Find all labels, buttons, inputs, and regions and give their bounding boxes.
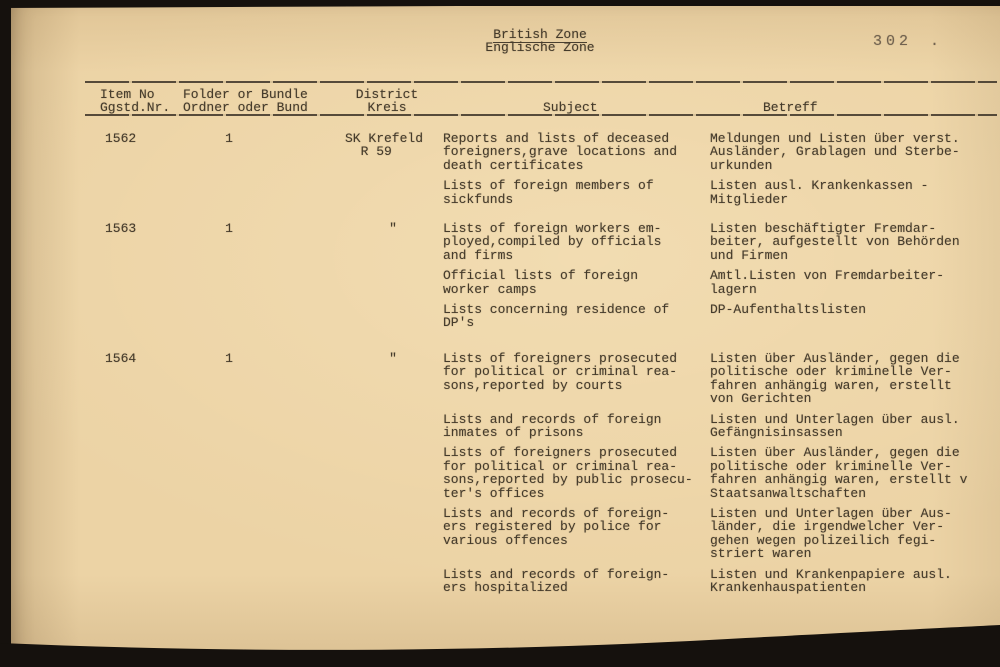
item-number: 1562 [105,132,136,145]
horizontal-rule-header [85,114,997,116]
horizontal-rule-top [85,81,997,83]
entry: Lists of foreign workers em- ployed,comp… [443,222,1000,262]
entry: Lists of foreigners prosecuted for polit… [443,446,1000,500]
table-row: 1563 1 " Lists of foreign workers em- pl… [10,222,1000,337]
document-page: British Zone Englische Zone 302. Item No… [10,6,1000,667]
folder-number: 1 [183,352,275,365]
subject-text: Official lists of foreign worker camps [443,269,703,296]
betreff-text: Listen und Unterlagen über Aus- länder, … [710,507,1000,561]
scan-edge-left [0,0,11,667]
item-number: 1564 [105,352,136,365]
row-entries: Lists of foreigners prosecuted for polit… [443,352,1000,595]
subject-text: Lists and records of foreign inmates of … [443,413,703,440]
table-row: 1562 1 SK Krefeld R 59 Reports and lists… [10,132,1000,213]
betreff-text: Listen und Krankenpapiere ausl. Krankenh… [710,568,1000,595]
entry: Lists and records of foreign- ers regist… [443,507,1000,561]
subject-text: Reports and lists of deceased foreigners… [443,132,703,172]
column-header-subject: Subject [543,101,598,114]
subject-text: Lists of foreign workers em- ployed,comp… [443,222,703,262]
column-header-betreff: Betreff [763,101,818,114]
betreff-text: Meldungen und Listen über verst. Ausländ… [710,132,1000,172]
subject-text: Lists concerning residence of DP's [443,303,703,330]
betreff-text: Listen ausl. Krankenkassen - Mitglieder [710,179,1000,206]
column-header-item-no: Item No Ggstd.Nr. [100,88,170,115]
zone-title-english: British Zone [455,28,625,41]
betreff-text: Amtl.Listen von Fremdarbeiter- lagern [710,269,1000,296]
district-ditto-mark: " [337,222,449,235]
district: SK Krefeld R 59 [337,132,449,159]
betreff-text: Listen beschäftigter Fremdar- beiter, au… [710,222,1000,262]
page-number: 302. [873,35,939,48]
betreff-text: Listen über Ausländer, gegen die politis… [710,352,1000,406]
scan-edge-bottom [0,607,1000,667]
entry: Reports and lists of deceased foreigners… [443,132,1000,172]
entry: Lists of foreigners prosecuted for polit… [443,352,1000,406]
folder-number: 1 [183,222,275,235]
scanned-photograph: British Zone Englische Zone 302. Item No… [0,0,1000,667]
subject-text: Lists and records of foreign- ers hospit… [443,568,703,595]
subject-text: Lists of foreigners prosecuted for polit… [443,446,703,500]
item-number: 1563 [105,222,136,235]
betreff-text: DP-Aufenthaltslisten [710,303,1000,316]
column-header-folder: Folder or Bundle Ordner oder Bund [183,88,308,115]
page-title-block: British Zone Englische Zone [455,28,625,55]
subject-text: Lists of foreign members of sickfunds [443,179,703,206]
entry: Official lists of foreign worker camps A… [443,269,1000,296]
subject-text: Lists and records of foreign- ers regist… [443,507,703,547]
entry: Lists concerning residence of DP's DP-Au… [443,303,1000,330]
table-row: 1564 1 " Lists of foreigners prosecuted … [10,352,1000,602]
row-entries: Lists of foreign workers em- ployed,comp… [443,222,1000,330]
entry: Lists of foreign members of sickfunds Li… [443,179,1000,206]
entry: Lists and records of foreign inmates of … [443,413,1000,440]
page-number-dot: . [930,33,939,50]
district-ditto-mark: " [337,352,449,365]
folder-number: 1 [183,132,275,145]
subject-text: Lists of foreigners prosecuted for polit… [443,352,703,392]
betreff-text: Listen und Unterlagen über ausl. Gefängn… [710,413,1000,440]
entry: Lists and records of foreign- ers hospit… [443,568,1000,595]
column-header-district: District Kreis [337,88,437,115]
zone-title-german: Englische Zone [455,41,625,54]
row-entries: Reports and lists of deceased foreigners… [443,132,1000,206]
betreff-text: Listen über Ausländer, gegen die politis… [710,446,1000,500]
